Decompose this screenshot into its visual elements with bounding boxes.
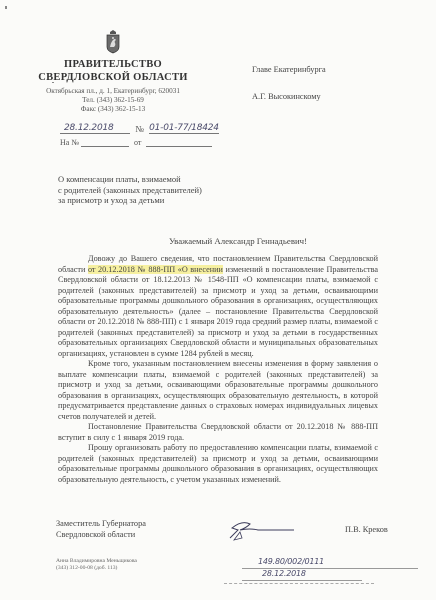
- registration-number: 01-01-77/18424: [149, 123, 219, 134]
- addressee-position: Главе Екатеринбурга: [252, 64, 326, 75]
- handwritten-signature-icon: [228, 518, 298, 547]
- letterhead: ПРАВИТЕЛЬСТВО СВЕРДЛОВСКОЙ ОБЛАСТИ Октяб…: [28, 30, 198, 114]
- subject-line3: за присмотр и уход за детьми: [58, 195, 202, 206]
- paragraph-3: Постановление Правительства Свердловской…: [58, 422, 378, 443]
- org-fax: Факс (343) 362-15-13: [28, 105, 198, 114]
- org-phone: Тел. (343) 362-15-69: [28, 96, 198, 105]
- subject-line1: О компенсации платы, взимаемой: [58, 174, 202, 185]
- reference-line: На № от: [60, 138, 212, 147]
- ref-number-field: [81, 138, 129, 147]
- addressee: Главе Екатеринбурга А.Г. Высокинскому: [252, 64, 326, 102]
- paragraph-1: Довожу до Вашего сведения, что постановл…: [58, 254, 378, 359]
- org-name-line2: СВЕРДЛОВСКОЙ ОБЛАСТИ: [28, 71, 198, 84]
- greeting: Уважаемый Александр Геннадьевич!: [0, 236, 436, 246]
- addressee-name: А.Г. Высокинскому: [252, 91, 326, 102]
- ref-date-field: [146, 138, 212, 147]
- executor-phone: (343) 312-00-08 (доб. 113): [56, 565, 137, 572]
- signer-name: П.В. Креков: [345, 525, 388, 534]
- executor-name: Анна Владимировна Меньщикова: [56, 558, 137, 565]
- incoming-number: 149.80/002/0111: [242, 557, 418, 569]
- incoming-date: 28.12.2018: [242, 569, 362, 581]
- subject-line2: с родителей (законных представителей): [58, 185, 202, 196]
- highlighted-reference: от 20.12.2018 № 888-ПП «О внесении: [88, 265, 223, 274]
- position-line1: Заместитель Губернатора: [56, 519, 146, 530]
- scan-speck: [5, 6, 7, 9]
- paragraph-1-end: изменений в постановление Правительства …: [58, 265, 378, 358]
- incoming-registration-stamp: 149.80/002/0111 28.12.2018: [242, 557, 436, 584]
- paragraph-2: Кроме того, указанным постановлением вне…: [58, 359, 378, 422]
- registration-date: 28.12.2018: [60, 123, 130, 134]
- number-label: №: [135, 124, 144, 134]
- org-name-line1: ПРАВИТЕЛЬСТВО: [28, 58, 198, 71]
- sverdlovsk-coat-of-arms-icon: [104, 30, 122, 54]
- stamp-divider: [224, 583, 374, 584]
- position-line2: Свердловской области: [56, 530, 146, 541]
- ref-number-label: На №: [60, 138, 79, 147]
- registration-line: 28.12.2018 № 01-01-77/18424: [60, 123, 219, 134]
- subject: О компенсации платы, взимаемой с родител…: [58, 174, 202, 206]
- letter-body: Довожу до Вашего сведения, что постановл…: [58, 254, 378, 485]
- ref-from-label: от: [134, 138, 141, 147]
- signature-position: Заместитель Губернатора Свердловской обл…: [56, 519, 146, 540]
- paragraph-4: Прошу организовать работу по предоставле…: [58, 443, 378, 485]
- executor-info: Анна Владимировна Меньщикова (343) 312-0…: [56, 558, 137, 572]
- org-address: Октябрьская пл., д. 1, Екатеринбург, 620…: [28, 87, 198, 96]
